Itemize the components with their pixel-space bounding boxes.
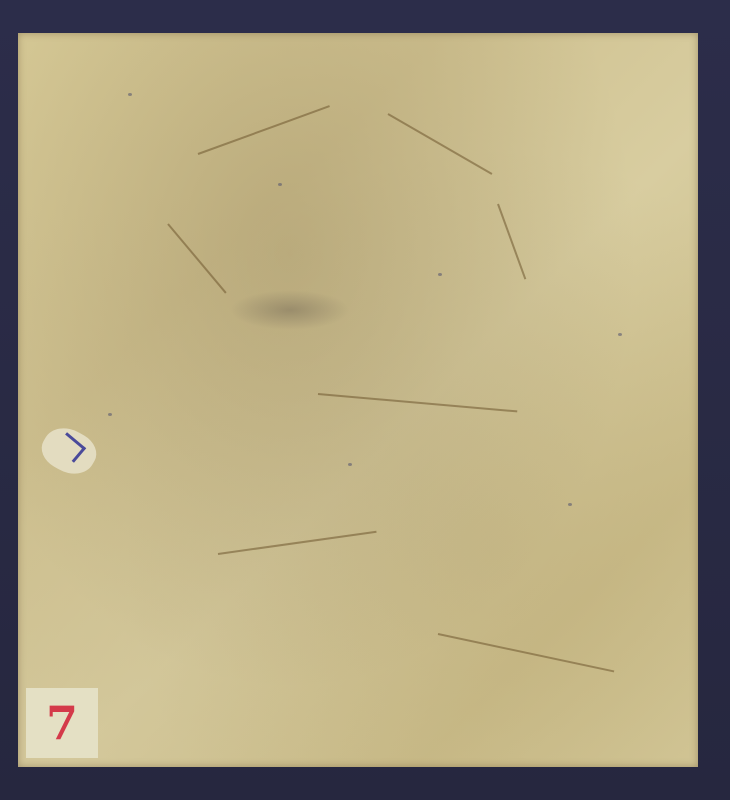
paper-speck — [438, 273, 442, 276]
stain — [230, 290, 350, 330]
paper-speck — [348, 463, 352, 466]
paper-crack — [497, 204, 526, 280]
paper-crack — [388, 113, 493, 175]
paper-speck — [618, 333, 622, 336]
paper-crack — [167, 223, 226, 293]
fabric-border-frame: 7 — [0, 0, 730, 800]
paper-crack — [218, 531, 377, 555]
label-number: 7 — [46, 696, 78, 750]
paper-panel — [18, 33, 698, 767]
paper-speck — [278, 183, 282, 186]
paper-speck — [568, 503, 572, 506]
paper-speck — [128, 93, 132, 96]
paper-crack — [438, 633, 614, 672]
paper-crack — [198, 105, 330, 155]
number-label: 7 — [26, 688, 98, 758]
paper-crack — [318, 393, 517, 412]
paper-speck — [108, 413, 112, 416]
